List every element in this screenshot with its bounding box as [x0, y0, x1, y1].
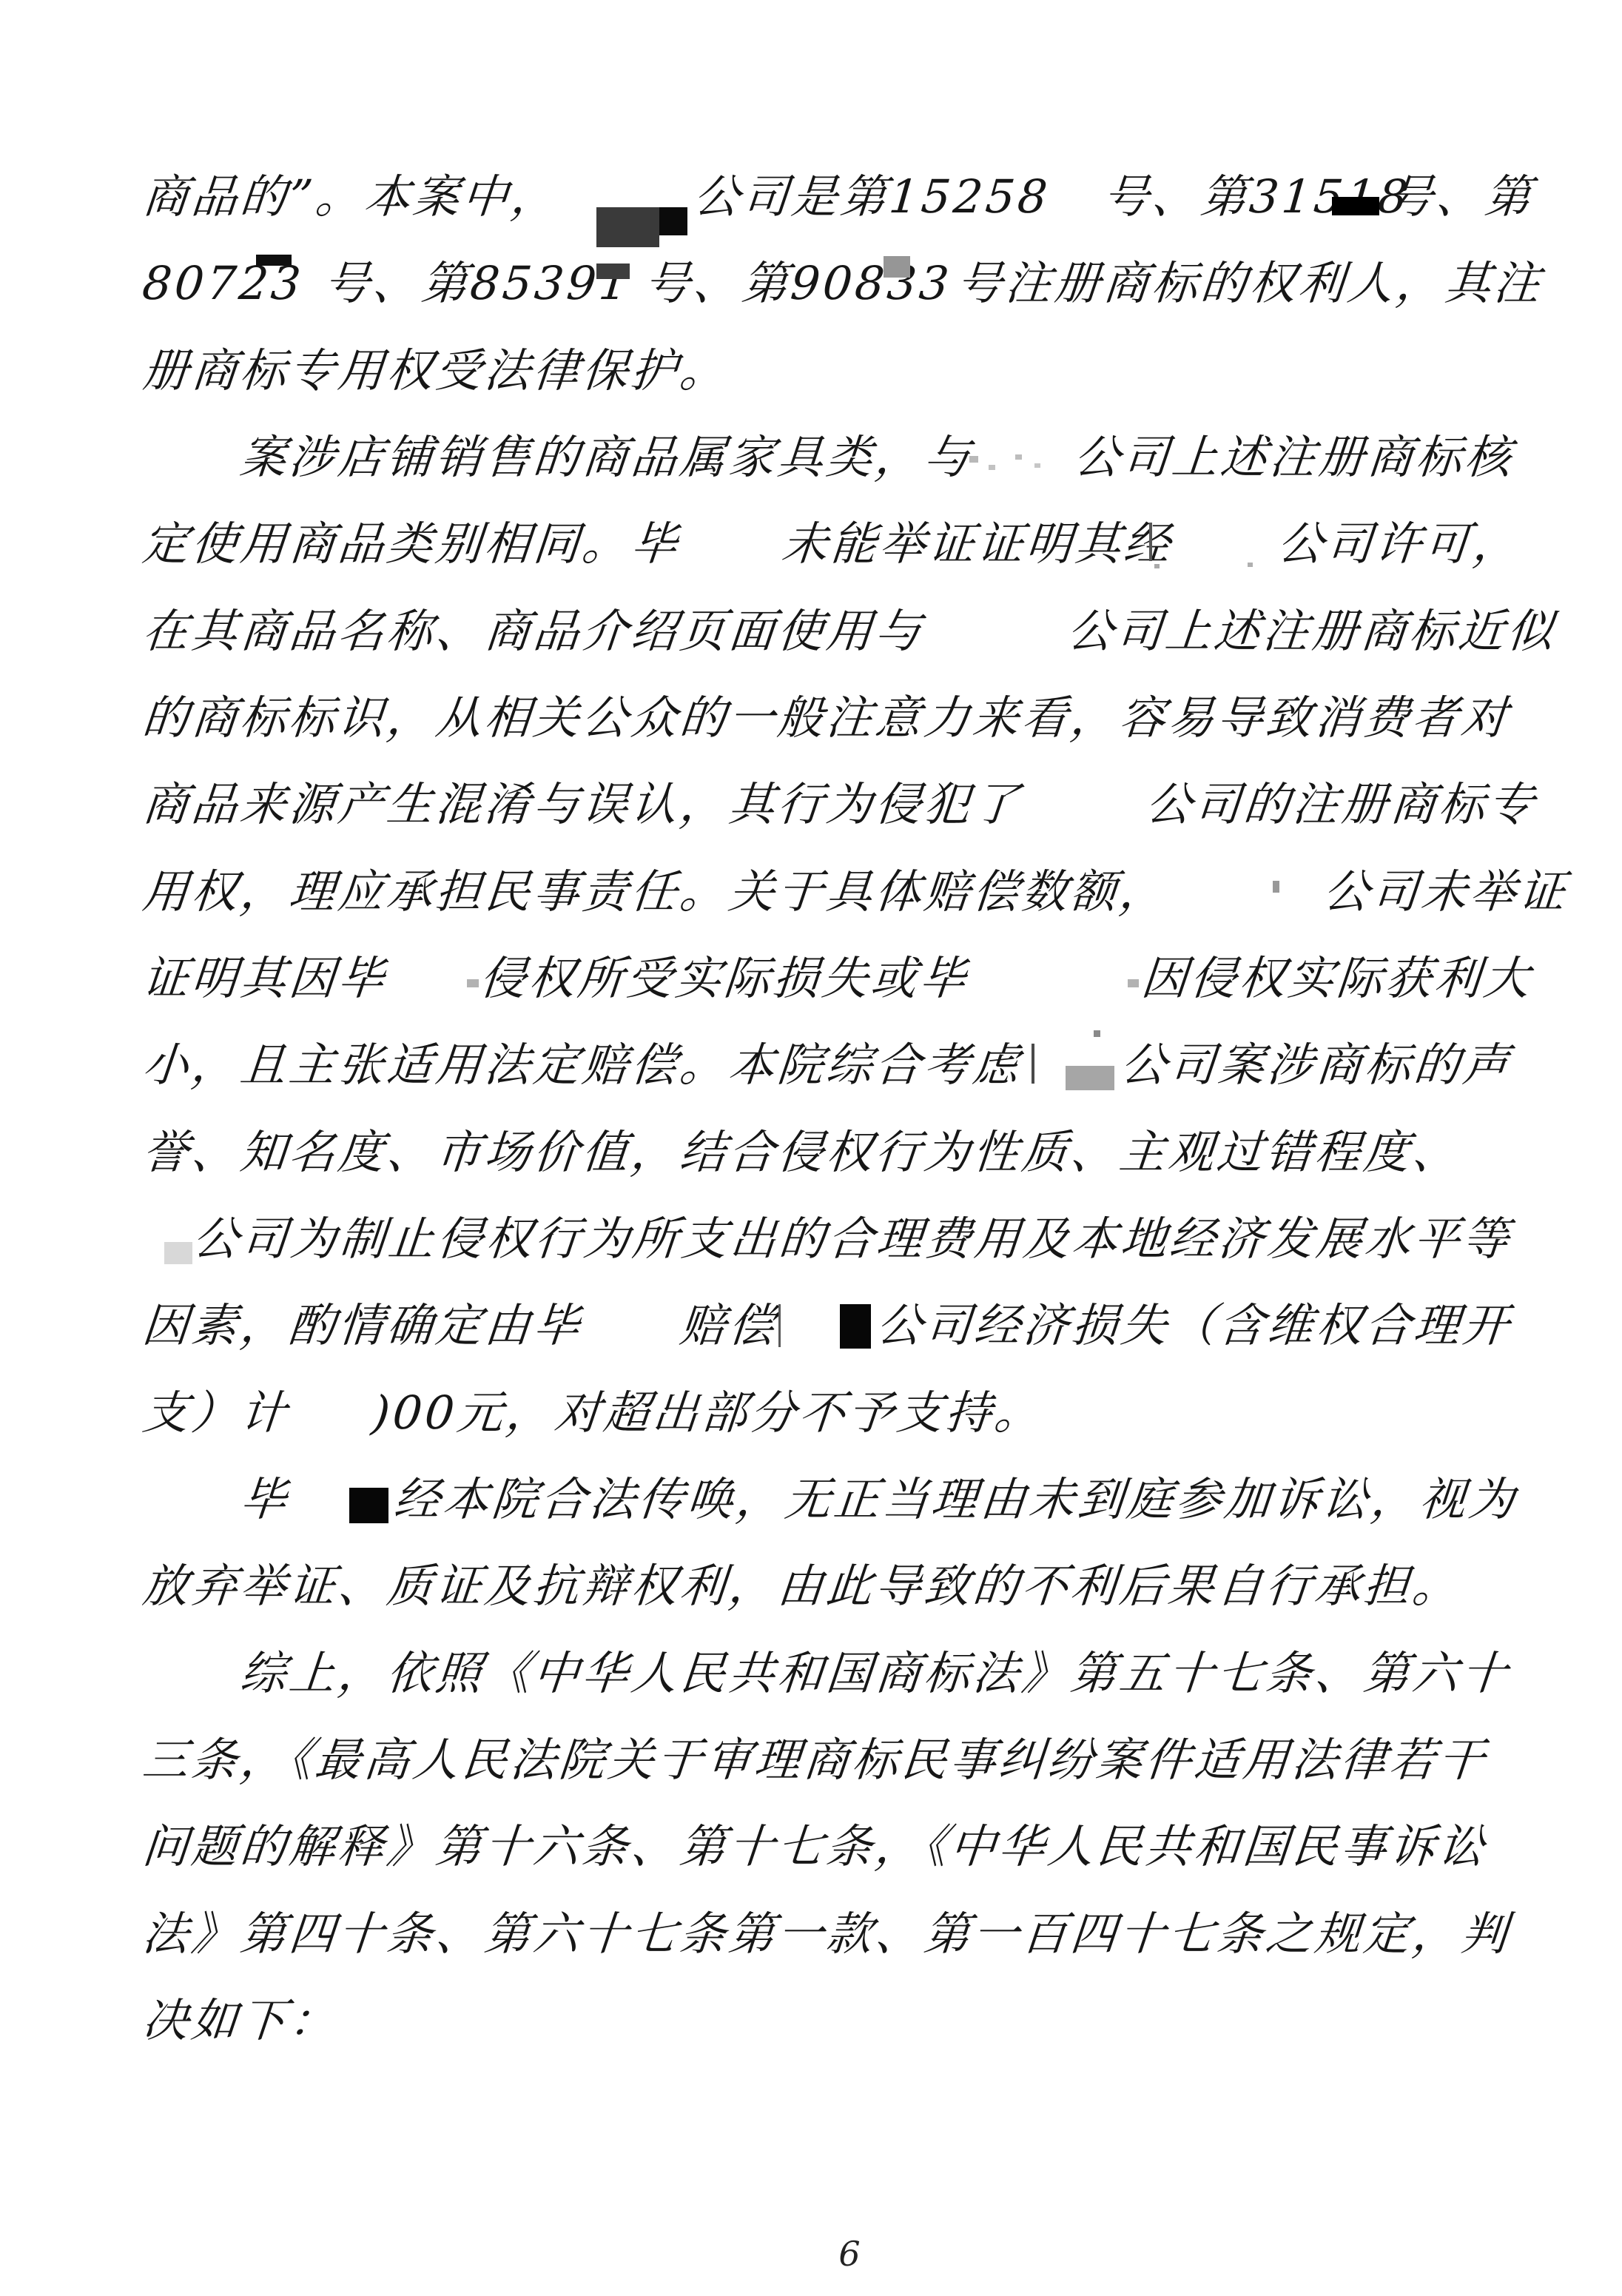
redaction-block	[884, 256, 910, 278]
redaction-block	[1248, 563, 1253, 567]
redaction-block	[596, 263, 630, 279]
redaction-block	[1015, 454, 1022, 460]
redaction-block	[256, 255, 292, 266]
redaction-block	[596, 207, 659, 247]
redaction-block	[467, 979, 479, 987]
page-number: 6	[827, 2234, 872, 2274]
redaction-block	[1034, 463, 1040, 468]
redaction-block	[840, 1304, 871, 1349]
redaction-block	[969, 456, 978, 463]
redaction-block	[1094, 1030, 1100, 1037]
redaction-block	[1332, 197, 1379, 215]
redaction-block	[1149, 523, 1152, 561]
redaction-block	[659, 207, 687, 235]
redaction-block	[1154, 564, 1160, 568]
redaction-block	[989, 465, 995, 470]
scanned-judgment-page: 商品的”。本案中，公司是第15258号、第31518号、第80723号、第853…	[0, 0, 1622, 2296]
redaction-block	[164, 1242, 192, 1264]
redaction-block	[1273, 881, 1279, 893]
redaction-block	[778, 1304, 781, 1347]
redaction-block	[1032, 1044, 1034, 1084]
redaction-block	[349, 1488, 388, 1523]
redaction-layer	[0, 0, 1622, 2296]
redaction-block	[1066, 1066, 1114, 1090]
redaction-block	[1128, 979, 1139, 987]
